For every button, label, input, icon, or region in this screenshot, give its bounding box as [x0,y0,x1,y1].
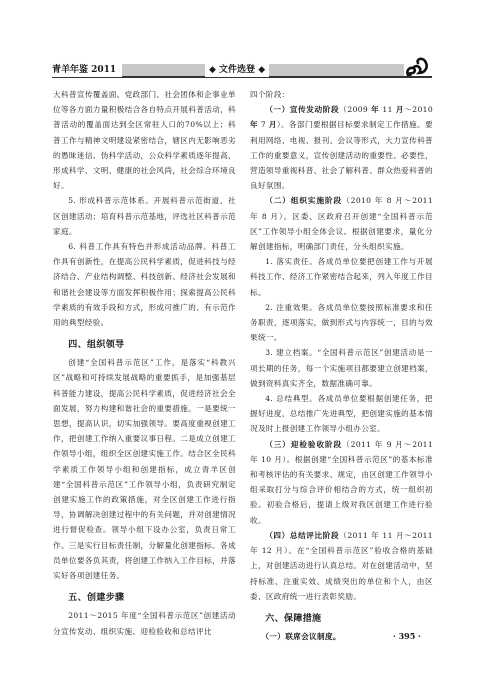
stage-title: （一）宣传发动阶段 [265,105,339,114]
stage-paragraph: （一）宣传发动阶段（2009 年 11 月～2010 年 7 月）。各部门要根据… [250,102,433,193]
list-item: 4. 总结典型。各成员单位要根据创建任务，把握好进度，总结推广先进典型，把创建实… [250,391,433,437]
stage-title: （三）迎检验收阶段 [265,440,342,449]
stage-paragraph: （三）迎检验收阶段（2011 年 9 月～2011 年 10 月）。根据创建“全… [250,437,433,528]
paragraph: 四个阶段： [250,87,433,102]
paragraph: 2011～2015 年度“全国科普示范区”创建活动分宣传发动、组织实施、迎检验收… [53,608,236,638]
section-heading: 六、保障措施 [250,612,433,626]
list-item: 3. 建立档案。“全国科普示范区”创建活动是一项长期的任务，每一个实施项目都要建… [250,345,433,391]
right-column: 四个阶段： （一）宣传发动阶段（2009 年 11 月～2010 年 7 月）。… [250,87,433,644]
list-item: 1. 落实责任。各成员单位要把创建工作与开展科技工作、经济工作紧密结合起来，列入… [250,254,433,300]
paragraph: 5. 形成科普示范体系。开展科普示范街道、社区创建活动；培育科普示范基地，评选社… [53,193,236,239]
stage-title: （四）总结评比阶段 [265,531,339,540]
scroll-ornament-icon [405,55,431,77]
paragraph: 大科普宣传覆盖面。党政部门、社会团体和企事业单位等各方面力量积极结合各自特点开展… [53,87,236,193]
section-heading: 四、组织领导 [53,338,236,352]
paragraph: 6. 科普工作具有特色并形成活动品牌。科普工作具有创新性，在提高公民科学素质，促… [53,239,236,330]
section-heading: 五、创建步骤 [53,591,236,605]
section-title: ◆ 文件选登 ◆ [205,63,269,77]
left-column: 大科普宣传覆盖面。党政部门、社会团体和企事业单位等各方面力量积极结合各自特点开展… [53,87,236,639]
stage-paragraph: （四）总结评比阶段（2011 年 11 月～2011 年 12 月）。在“全国科… [250,528,433,604]
stage-title: （二）组织实施阶段 [265,196,342,205]
stage-paragraph: （二）组织实施阶段（2010 年 8 月～2011 年 8 月）。区委、区政府召… [250,193,433,254]
paragraph: 创建“全国科普示范区”工作，是落实“科教兴区”战略和可持续发展战略的重要抓手，是… [53,355,236,583]
book-title: 青羊年鉴 2011 [52,63,122,77]
page-number: · 395 · [393,631,421,641]
list-item: 2. 注重效果。各成员单位要按照标准要求和任务职责，逐项落实，做到形式与内容统一… [250,300,433,346]
